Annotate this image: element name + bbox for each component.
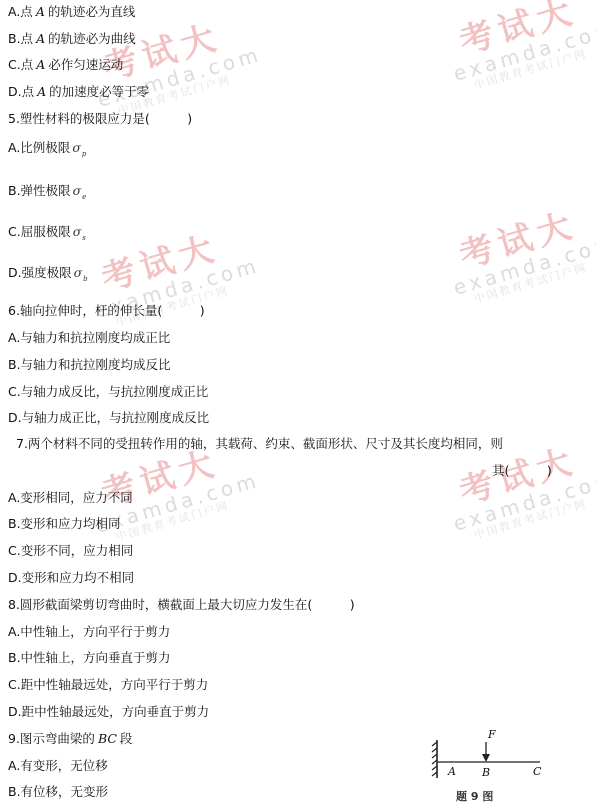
point-b-label: B bbox=[482, 766, 490, 779]
option-prefix: A.点 bbox=[8, 4, 33, 19]
q5-option-d: D.强度极限σb bbox=[8, 265, 88, 281]
option-text: 必作匀速运动 bbox=[48, 57, 123, 72]
q8-option-c: C.距中性轴最远处，方向平行于剪力 bbox=[8, 677, 208, 693]
q6-option-b: B.与轴力和抗拉刚度均成反比 bbox=[8, 357, 171, 373]
sigma-subscript: p bbox=[82, 150, 86, 158]
stem-text: 9.图示弯曲梁的 bbox=[8, 731, 95, 746]
point-variable: A bbox=[36, 31, 45, 46]
q6-option-d: D.与轴力成正比，与抗拉刚度成反比 bbox=[8, 410, 209, 426]
q5-stem: 5.塑性材料的极限应力是( ) bbox=[8, 111, 192, 127]
q5-option-c: C.屈服极限σs bbox=[8, 224, 86, 240]
sigma-icon: σ bbox=[74, 265, 83, 280]
figure-caption: 题 9 图 bbox=[456, 788, 493, 804]
sigma-symbol: σe bbox=[73, 183, 87, 198]
watermark-subtitle: 中国教育考试门户网 bbox=[457, 43, 596, 98]
option-text: B.弹性极限 bbox=[8, 183, 71, 198]
q9-stem: 9.图示弯曲梁的BC段 bbox=[8, 731, 132, 747]
q7-option-a: A.变形相同，应力不同 bbox=[8, 490, 133, 506]
q7-option-b: B.变形和应力均相同 bbox=[8, 516, 121, 532]
q7-stem: 7.两个材料不同的受扭转作用的轴，其载荷、约束、截面形状、尺寸及其长度均相同，则 bbox=[16, 436, 503, 452]
stem-text: 段 bbox=[120, 731, 133, 746]
beam-figure: F A B C 题 9 图 bbox=[428, 728, 568, 806]
option-text: D.强度极限 bbox=[8, 265, 72, 280]
option-prefix: C.点 bbox=[8, 57, 33, 72]
q8-option-b: B.中性轴上，方向垂直于剪力 bbox=[8, 650, 171, 666]
q8-option-a: A.中性轴上，方向平行于剪力 bbox=[8, 624, 170, 640]
watermark-logo-text: 考试大 bbox=[441, 0, 595, 65]
q8-option-d: D.距中性轴最远处，方向垂直于剪力 bbox=[8, 704, 209, 720]
sigma-symbol: σb bbox=[74, 265, 88, 280]
watermark-url: examda.com bbox=[451, 473, 596, 534]
point-c-label: C bbox=[533, 765, 541, 778]
point-a-label: A bbox=[448, 765, 456, 778]
q5-option-a: A.比例极限σp bbox=[8, 140, 86, 156]
cantilever-beam-diagram bbox=[428, 728, 568, 788]
point-variable: A bbox=[36, 4, 45, 19]
watermark-subtitle: 中国教育考试门户网 bbox=[457, 257, 596, 312]
option-text: 的轨迹必为直线 bbox=[48, 4, 136, 19]
watermark-mid-right: 考试大 examda.com 中国教育考试门户网 bbox=[441, 203, 596, 312]
watermark-url: examda.com bbox=[451, 237, 596, 298]
watermark-top-right: 考试大 examda.com 中国教育考试门户网 bbox=[441, 0, 596, 97]
segment-variable: BC bbox=[98, 731, 117, 746]
watermark-logo-text: 考试大 bbox=[85, 15, 239, 91]
q6-option-c: C.与轴力成反比，与抗拉刚度成正比 bbox=[8, 384, 208, 400]
q4-option-c: C.点A必作匀速运动 bbox=[8, 57, 123, 73]
q7-stem-continued: 其( ) bbox=[492, 463, 552, 479]
q6-stem: 6.轴向拉伸时，杆的伸长量( ) bbox=[8, 303, 205, 319]
sigma-symbol: σp bbox=[72, 140, 86, 155]
point-variable: A bbox=[37, 84, 46, 99]
q9-option-b: B.有位移，无变形 bbox=[8, 784, 108, 800]
option-prefix: D.点 bbox=[8, 84, 34, 99]
point-variable: A bbox=[36, 57, 45, 72]
watermark-logo-text: 考试大 bbox=[83, 226, 237, 302]
sigma-subscript: e bbox=[82, 193, 86, 201]
watermark-logo-text: 考试大 bbox=[441, 203, 595, 279]
q5-option-b: B.弹性极限σe bbox=[8, 183, 86, 199]
q4-option-a: A.点A的轨迹必为直线 bbox=[8, 4, 135, 20]
watermark-subtitle: 中国教育考试门户网 bbox=[457, 493, 596, 548]
option-prefix: B.点 bbox=[8, 31, 33, 46]
q4-option-d: D.点A的加速度必等于零 bbox=[8, 84, 149, 100]
q4-option-b: B.点A的轨迹必为曲线 bbox=[8, 31, 136, 47]
option-text: A.比例极限 bbox=[8, 140, 70, 155]
q6-option-a: A.与轴力和抗拉刚度均成正比 bbox=[8, 330, 170, 346]
option-text: 的轨迹必为曲线 bbox=[48, 31, 136, 46]
option-text: 的加速度必等于零 bbox=[49, 84, 149, 99]
watermark-url: examda.com bbox=[451, 23, 596, 84]
force-label: F bbox=[488, 728, 496, 741]
sigma-icon: σ bbox=[73, 183, 82, 198]
sigma-subscript: b bbox=[83, 275, 87, 283]
option-text: C.屈服极限 bbox=[8, 224, 71, 239]
sigma-icon: σ bbox=[72, 140, 81, 155]
q7-option-d: D.变形和应力均不相同 bbox=[8, 570, 134, 586]
q9-option-a: A.有变形，无位移 bbox=[8, 758, 108, 774]
sigma-icon: σ bbox=[73, 224, 82, 239]
q8-stem: 8.圆形截面梁剪切弯曲时，横截面上最大切应力发生在( ) bbox=[8, 597, 355, 613]
watermark-lower-right: 考试大 examda.com 中国教育考试门户网 bbox=[441, 439, 596, 548]
sigma-subscript: s bbox=[82, 234, 86, 242]
sigma-symbol: σs bbox=[73, 224, 86, 239]
q7-option-c: C.变形不同，应力相同 bbox=[8, 543, 133, 559]
